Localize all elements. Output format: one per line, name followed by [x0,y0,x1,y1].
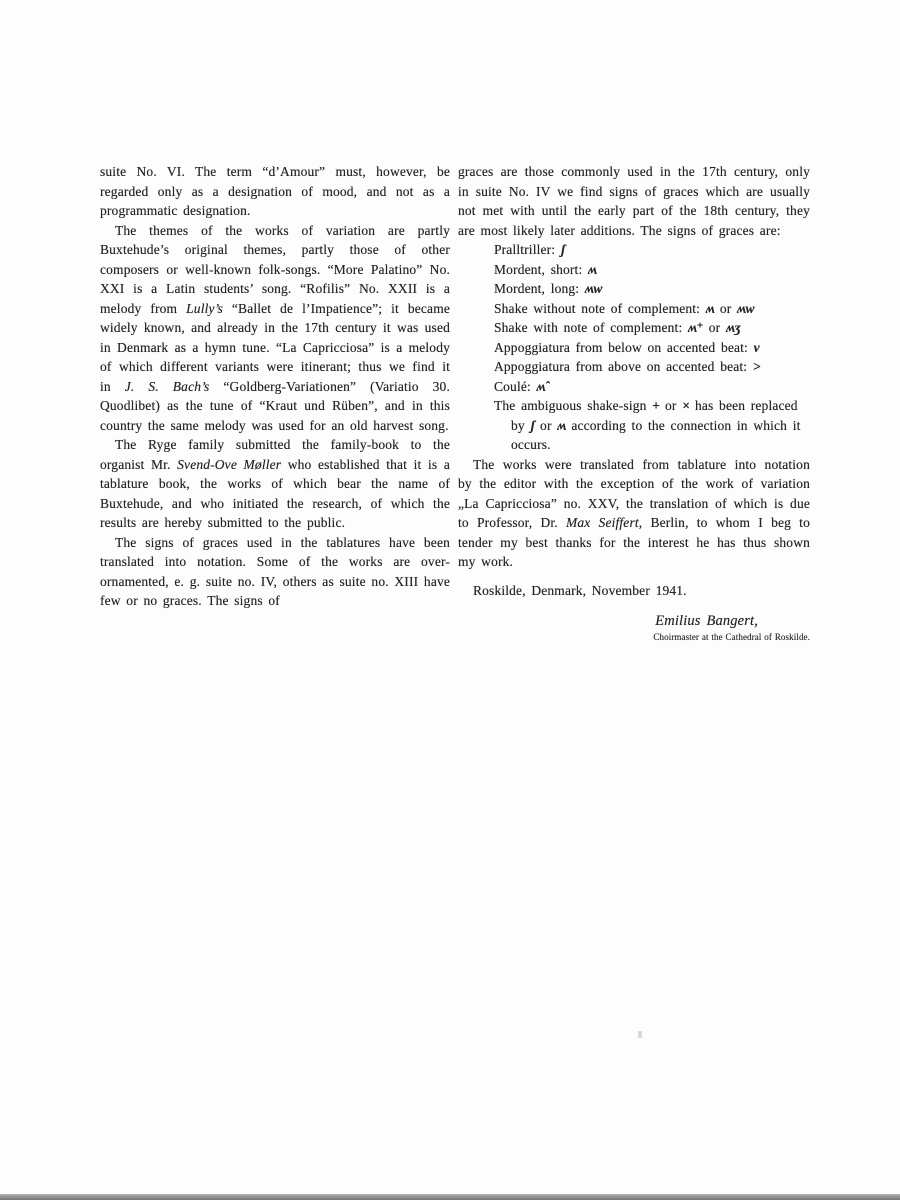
text-segment: Max Seiffert [566,515,639,530]
grace-sign-line: Mordent, short: ʍ [494,260,810,280]
ornament-sign: v [754,340,760,355]
hanging-note: The ambiguous shake-sign + or × has been… [494,396,810,455]
text-segment: The ambiguous shake-sign [494,398,652,413]
text-segment: suite No. VI. The term “d’Amour” must, h… [100,164,450,218]
ornament-sign: ʍ [557,418,566,433]
text-segment: or [534,418,557,433]
signature-name: Emilius Bangert, [458,612,810,632]
ornament-sign: > [753,359,760,374]
scanned-page: suite No. VI. The term “d’Amour” must, h… [0,0,900,1200]
grace-sign-label: Shake with note of complement: [494,320,688,335]
ornament-sign: ʍ [706,301,715,316]
grace-sign-label: Pralltriller: [494,242,561,257]
signature-title: Choirmaster at the Cathedral of Roskilde… [458,632,810,643]
grace-sign-label: Appoggiatura from below on accented beat… [494,340,754,355]
text-segment: Svend-Ove Møller [177,457,281,472]
text-segment: The signs of graces used in the tablatur… [100,535,450,609]
paragraph: graces are those commonly used in the 17… [458,162,810,240]
dateline: Roskilde, Denmark, November 1941. [458,581,810,601]
grace-sign-line: Shake without note of complement: ʍ or ʍ… [494,299,810,319]
text-segment: J. S. Bach’s [125,379,210,394]
scan-edge-strip [0,1194,900,1200]
grace-sign-line: Appoggiatura from above on accented beat… [494,357,810,377]
ornament-sign: ʍʒ [726,320,740,335]
text-segment: or [714,301,737,316]
ornament-sign: ʍ⁺ [688,320,703,335]
paragraph: The themes of the works of variation are… [100,221,450,436]
right-column: graces are those commonly used in the 17… [458,162,810,643]
grace-sign-line: Pralltriller: ʃ [494,240,810,260]
right-column-blocks: graces are those commonly used in the 17… [458,162,810,572]
paragraph: The signs of graces used in the tablatur… [100,533,450,611]
grace-sign-line: Mordent, long: ʍw [494,279,810,299]
text-segment: Lully’s [186,301,223,316]
left-column: suite No. VI. The term “d’Amour” must, h… [100,162,450,611]
grace-sign-label: Coulé: [494,379,537,394]
text-segment: graces are those commonly used in the 17… [458,164,810,238]
paragraph: The Ryge family submitted the family-boo… [100,435,450,533]
left-column-blocks: suite No. VI. The term “d’Amour” must, h… [100,162,450,611]
paragraph: suite No. VI. The term “d’Amour” must, h… [100,162,450,221]
ornament-sign: ʍˆ [537,379,550,394]
grace-sign-label: Mordent, short: [494,262,588,277]
grace-sign-label: Mordent, long: [494,281,585,296]
text-segment: or [703,320,726,335]
grace-sign-label: Appoggiatura from above on accented beat… [494,359,753,374]
grace-sign-line: Shake with note of complement: ʍ⁺ or ʍʒ [494,318,810,338]
paragraph: The works were translated from tablature… [458,455,810,572]
text-segment: or [659,398,682,413]
grace-sign-line: Appoggiatura from below on accented beat… [494,338,810,358]
ornament-sign: ʍ [588,262,597,277]
scan-artifact-speck [638,1031,642,1038]
ornament-sign: ʍw [737,301,754,316]
ornament-sign: ʍw [585,281,602,296]
ornament-sign: ʃ [561,242,565,257]
grace-sign-label: Shake without note of complement: [494,301,706,316]
grace-sign-line: Coulé: ʍˆ [494,377,810,397]
